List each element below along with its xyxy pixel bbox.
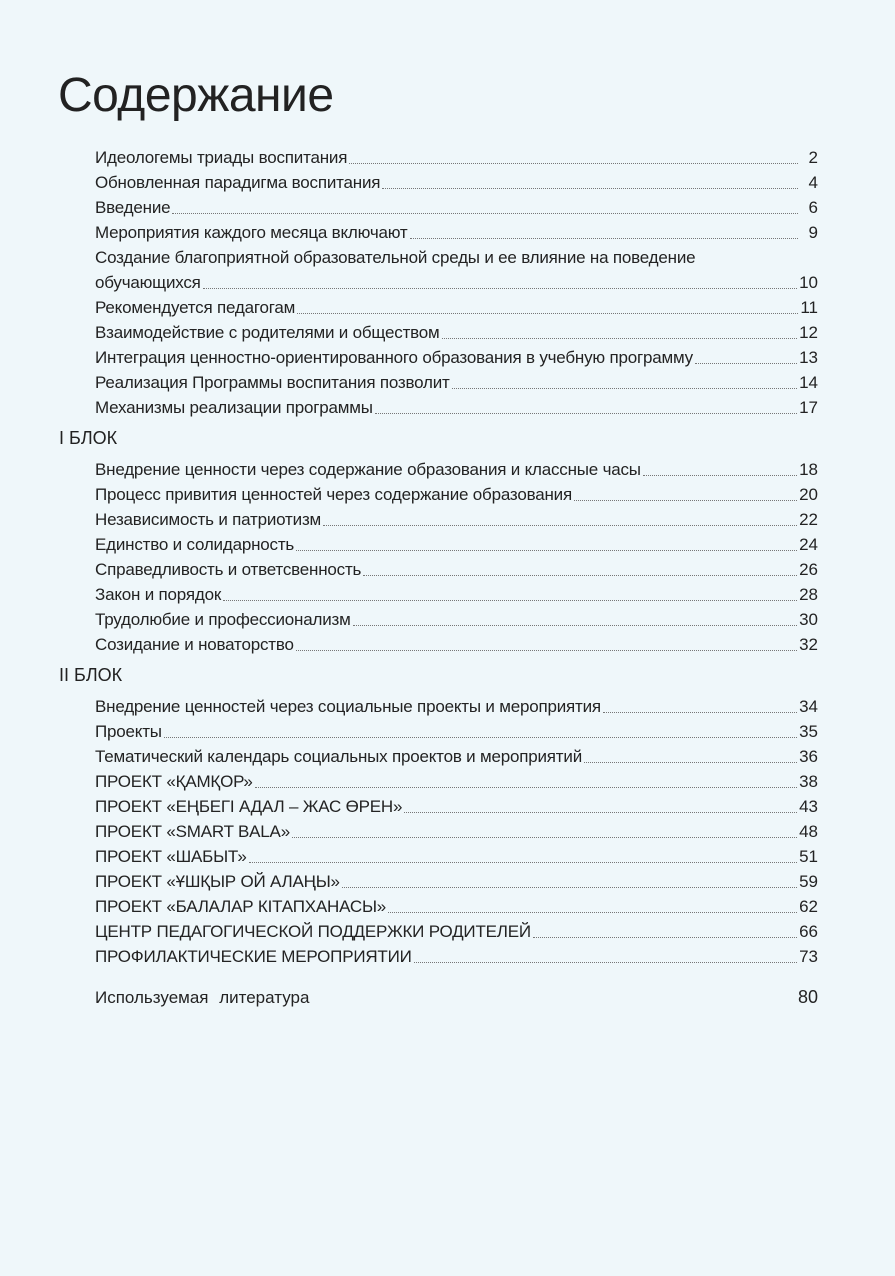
- dot-leader: [442, 337, 798, 339]
- page-title: Содержание: [58, 66, 334, 126]
- table-of-contents: Идеологемы триады воспитания2Обновленная…: [0, 145, 895, 1010]
- toc-entry-page: 9: [800, 220, 818, 245]
- toc-entry-title: Трудолюбие и профессионализм: [95, 607, 351, 632]
- toc-entry-title: Взаимодействие с родителями и обществом: [95, 320, 440, 345]
- section-heading-block-1: I БЛОК: [59, 420, 895, 457]
- toc-entry[interactable]: Справедливость и ответсвенность26: [95, 557, 818, 582]
- toc-entry[interactable]: ПРОЕКТ «ҚАМҚОР»38: [95, 769, 818, 794]
- dot-leader: [533, 936, 797, 938]
- dot-leader: [695, 362, 797, 364]
- dot-leader: [296, 649, 797, 651]
- dot-leader: [388, 911, 797, 913]
- toc-entry-title: ПРОЕКТ «ШАБЫТ»: [95, 844, 247, 869]
- toc-entry-page: 43: [799, 794, 818, 819]
- dot-leader: [292, 836, 797, 838]
- toc-entry-page: 17: [799, 395, 818, 420]
- toc-entry[interactable]: Единство и солидарность24: [95, 532, 818, 557]
- toc-entry-page: 26: [799, 557, 818, 582]
- toc-entry-title: Идеологемы триады воспитания: [95, 145, 347, 170]
- dot-leader: [414, 961, 797, 963]
- toc-entry[interactable]: ПРОЕКТ «ҰШҚЫР ОЙ АЛАҢЫ»59: [95, 869, 818, 894]
- toc-entry-title: Механизмы реализации программы: [95, 395, 373, 420]
- toc-entry[interactable]: Закон и порядок28: [95, 582, 818, 607]
- toc-entry-title: ПРОЕКТ «ҚАМҚОР»: [95, 769, 253, 794]
- dot-leader: [404, 811, 797, 813]
- toc-entry-page: 32: [799, 632, 818, 657]
- dot-leader: [584, 761, 797, 763]
- toc-entry-title: Введение: [95, 195, 170, 220]
- toc-entry-page: 38: [799, 769, 818, 794]
- toc-entry[interactable]: Процесс привития ценностей через содержа…: [95, 482, 818, 507]
- toc-entry-title: ПРОЕКТ «БАЛАЛАР КІТАПХАНАСЫ»: [95, 894, 386, 919]
- dot-leader: [297, 312, 798, 314]
- toc-entry[interactable]: Внедрение ценности через содержание обра…: [95, 457, 818, 482]
- toc-entry-page: 34: [799, 694, 818, 719]
- toc-entry-page: 2: [800, 145, 818, 170]
- toc-entry-title: Интеграция ценностно-ориентированного об…: [95, 345, 693, 370]
- toc-entry[interactable]: ПРОФИЛАКТИЧЕСКИЕ МЕРОПРИЯТИИ73: [95, 944, 818, 969]
- toc-entry-title: Закон и порядок: [95, 582, 221, 607]
- toc-entry-title: Созидание и новаторство: [95, 632, 294, 657]
- toc-entry-title-line-2: обучающихся: [95, 270, 201, 295]
- toc-entry-page: 80: [798, 985, 818, 1010]
- toc-entry-title: Обновленная парадигма воспитания: [95, 170, 380, 195]
- dot-leader: [363, 574, 797, 576]
- toc-entry-page: 73: [799, 944, 818, 969]
- toc-entry-page: 30: [799, 607, 818, 632]
- dot-leader: [172, 212, 798, 214]
- toc-entry[interactable]: Созидание и новаторство32: [95, 632, 818, 657]
- dot-leader: [574, 499, 797, 501]
- toc-entry[interactable]: Мероприятия каждого месяца включают9: [95, 220, 818, 245]
- section-heading-block-2: II БЛОК: [59, 657, 895, 694]
- toc-entry[interactable]: Трудолюбие и профессионализм30: [95, 607, 818, 632]
- dot-leader: [203, 287, 797, 289]
- toc-entry-page: 6: [800, 195, 818, 220]
- toc-entry-page: 4: [800, 170, 818, 195]
- toc-entry-page: 18: [799, 457, 818, 482]
- toc-entry[interactable]: Создание благоприятной образовательной с…: [95, 245, 818, 295]
- toc-entry-page: 59: [799, 869, 818, 894]
- toc-entry-page: 11: [800, 295, 818, 320]
- toc-entry[interactable]: Рекомендуется педагогам11: [95, 295, 818, 320]
- toc-entry[interactable]: ПРОЕКТ «БАЛАЛАР КІТАПХАНАСЫ»62: [95, 894, 818, 919]
- dot-leader: [603, 711, 797, 713]
- dot-leader: [643, 474, 797, 476]
- dot-leader: [255, 786, 797, 788]
- toc-entry[interactable]: ПРОЕКТ «ЕҢБЕГІ АДАЛ – ЖАС ӨРЕН»43: [95, 794, 818, 819]
- toc-entry-title: Независимость и патриотизм: [95, 507, 321, 532]
- toc-entry[interactable]: Внедрение ценностей через социальные про…: [95, 694, 818, 719]
- toc-entry-title-line-1: Создание благоприятной образовательной с…: [95, 245, 818, 270]
- toc-entry-page: 24: [799, 532, 818, 557]
- dot-leader: [342, 886, 797, 888]
- toc-entry[interactable]: Введение6: [95, 195, 818, 220]
- toc-entry-page: 48: [799, 819, 818, 844]
- toc-entry[interactable]: ЦЕНТР ПЕДАГОГИЧЕСКОЙ ПОДДЕРЖКИ РОДИТЕЛЕЙ…: [95, 919, 818, 944]
- dot-leader: [223, 599, 797, 601]
- block-2-entries: Внедрение ценностей через социальные про…: [0, 694, 895, 969]
- dot-leader: [349, 162, 798, 164]
- intro-entries: Идеологемы триады воспитания2Обновленная…: [0, 145, 895, 420]
- toc-entry-title: ЦЕНТР ПЕДАГОГИЧЕСКОЙ ПОДДЕРЖКИ РОДИТЕЛЕЙ: [95, 919, 531, 944]
- toc-entry-page: 66: [799, 919, 818, 944]
- toc-entry-page: 36: [799, 744, 818, 769]
- toc-entry-page: 62: [799, 894, 818, 919]
- toc-entry-title: Справедливость и ответсвенность: [95, 557, 361, 582]
- dot-leader: [452, 387, 797, 389]
- toc-entry-title: Мероприятия каждого месяца включают: [95, 220, 408, 245]
- toc-entry[interactable]: Независимость и патриотизм22: [95, 507, 818, 532]
- dot-leader: [353, 624, 798, 626]
- toc-entry-page: 10: [799, 270, 818, 295]
- toc-entry-title: Единство и солидарность: [95, 532, 294, 557]
- toc-entry[interactable]: Обновленная парадигма воспитания4: [95, 170, 818, 195]
- toc-entry[interactable]: Тематический календарь социальных проект…: [95, 744, 818, 769]
- dot-leader: [323, 524, 797, 526]
- dot-leader: [164, 736, 797, 738]
- toc-entry-page: 13: [799, 345, 818, 370]
- toc-entry[interactable]: Проекты35: [95, 719, 818, 744]
- dot-leader: [375, 412, 797, 414]
- toc-entry-title: Процесс привития ценностей через содержа…: [95, 482, 572, 507]
- toc-entry-title: Внедрение ценностей через социальные про…: [95, 694, 601, 719]
- toc-entry[interactable]: Реализация Программы воспитания позволит…: [95, 370, 818, 395]
- toc-entry[interactable]: ПРОЕКТ «SMART BALA»48: [95, 819, 818, 844]
- toc-entry-page: 14: [799, 370, 818, 395]
- toc-entry-title: ПРОЕКТ «SMART BALA»: [95, 819, 290, 844]
- block-1-entries: Внедрение ценности через содержание обра…: [0, 457, 895, 657]
- toc-entry[interactable]: Идеологемы триады воспитания2: [95, 145, 818, 170]
- toc-entry-title: Проекты: [95, 719, 162, 744]
- toc-entry-page: 12: [799, 320, 818, 345]
- toc-entry-page: 51: [799, 844, 818, 869]
- toc-entry-title: ПРОЕКТ «ЕҢБЕГІ АДАЛ – ЖАС ӨРЕН»: [95, 794, 402, 819]
- toc-entry[interactable]: Механизмы реализации программы17: [95, 395, 818, 420]
- toc-entry-title: Реализация Программы воспитания позволит: [95, 370, 450, 395]
- toc-entry-title: Рекомендуется педагогам: [95, 295, 295, 320]
- toc-entry-page: 20: [799, 482, 818, 507]
- toc-entry-line-2: обучающихся10: [95, 270, 818, 295]
- toc-entry-references[interactable]: Используемая литература 80: [95, 985, 818, 1010]
- dot-leader: [296, 549, 797, 551]
- toc-entry-title: Внедрение ценности через содержание обра…: [95, 457, 641, 482]
- toc-entry-title: ПРОФИЛАКТИЧЕСКИЕ МЕРОПРИЯТИИ: [95, 944, 412, 969]
- toc-entry-page: 28: [799, 582, 818, 607]
- toc-entry-title: Используемая литература: [95, 985, 309, 1010]
- toc-entry-page: 22: [799, 507, 818, 532]
- dot-leader: [382, 187, 798, 189]
- toc-entry-page: 35: [799, 719, 818, 744]
- toc-entry[interactable]: Интеграция ценностно-ориентированного об…: [95, 345, 818, 370]
- toc-entry-title: ПРОЕКТ «ҰШҚЫР ОЙ АЛАҢЫ»: [95, 869, 340, 894]
- toc-entry[interactable]: Взаимодействие с родителями и обществом1…: [95, 320, 818, 345]
- dot-leader: [249, 861, 797, 863]
- toc-entry-title: Тематический календарь социальных проект…: [95, 744, 582, 769]
- toc-entry[interactable]: ПРОЕКТ «ШАБЫТ»51: [95, 844, 818, 869]
- dot-leader: [410, 237, 799, 239]
